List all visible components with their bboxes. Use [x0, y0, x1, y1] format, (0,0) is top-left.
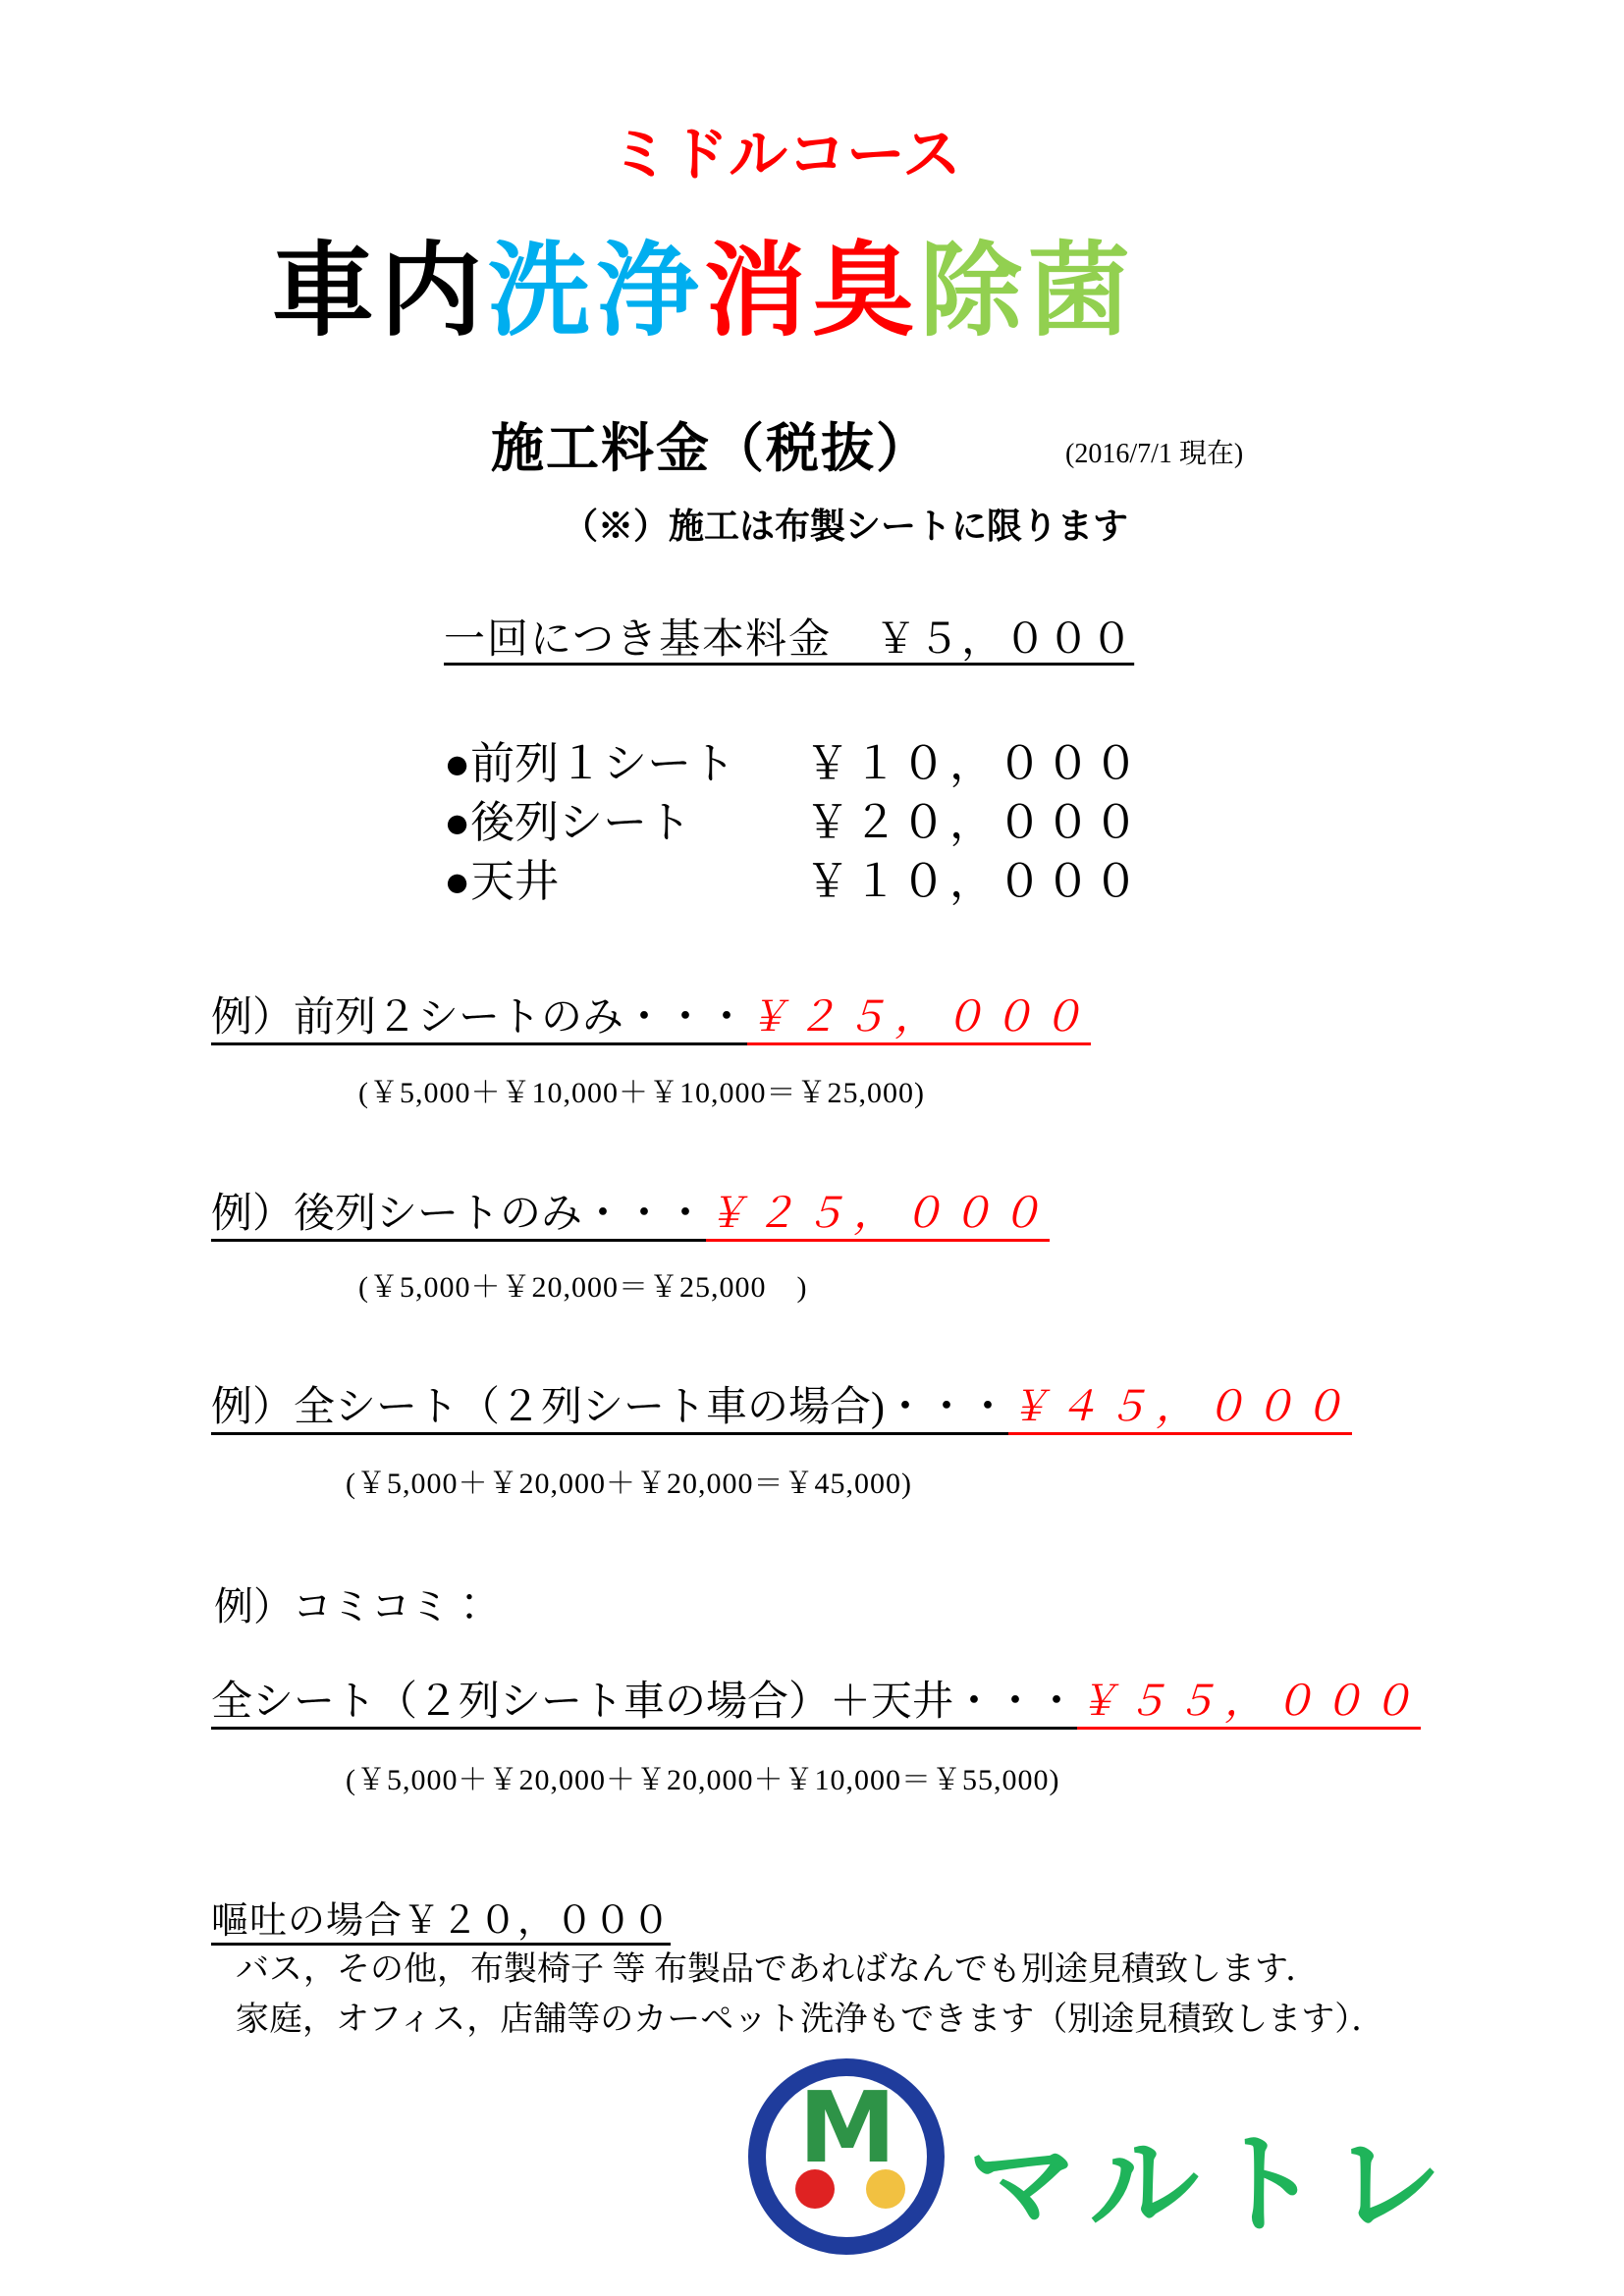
price-label: ●後列シート [444, 793, 805, 852]
example-line: 例）全シート（２列シート車の場合)・・・￥４５，０００ [211, 1374, 1352, 1433]
price-row: ●天井￥１０，０００ [444, 852, 1142, 911]
pricing-title: 施工料金（税抜） [491, 406, 931, 482]
example-formula: (￥5,000＋￥10,000＋￥10,000＝￥25,000) [358, 1068, 925, 1111]
example-label: 例）後列シートのみ・・・ [211, 1192, 706, 1237]
price-value: ￥１０，０００ [805, 739, 1142, 788]
price-value: ￥１０，０００ [805, 857, 1142, 906]
main-title: 車内洗浄消臭除菌 [272, 208, 1136, 355]
brand-name: マルトレ [967, 2097, 1454, 2255]
price-label: ●前列１シート [444, 734, 805, 793]
svg-text:M: M [798, 2070, 896, 2185]
note-line: 家庭，オフィス，店舗等のカーペット洗浄もできます（別途見積致します）． [236, 1992, 1384, 2040]
price-row: ●前列１シート￥１０，０００ [444, 734, 1142, 793]
example-line: 例）前列２シートのみ・・・￥２５，０００ [211, 985, 1091, 1043]
example-formula: (￥5,000＋￥20,000＝￥25,000 ) [358, 1262, 807, 1306]
date-note: (2016/7/1 現在) [1065, 432, 1243, 471]
example-label: 例）全シート（２列シート車の場合)・・・ [211, 1385, 1008, 1430]
logo-m-icon: M [742, 2057, 950, 2266]
combo-example-text: 全シート（２列シート車の場合）＋天井・・・ [211, 1680, 1077, 1725]
base-price-line: 一回につき基本料金 ￥５，０００ [444, 607, 1134, 666]
combo-example-price: ￥５５，０００ [1077, 1680, 1421, 1725]
price-label: ●天井 [444, 852, 805, 911]
example-line: 例）後列シートのみ・・・￥２５，０００ [211, 1181, 1050, 1240]
price-value: ￥２０，０００ [805, 798, 1142, 847]
main-title-washing: 洗浄 [488, 231, 704, 350]
main-title-deodorize: 消臭 [704, 231, 920, 350]
example-label: 例）前列２シートのみ・・・ [211, 995, 747, 1041]
example-price: ￥２５，０００ [747, 995, 1091, 1041]
combo-example-line: 全シート（２列シート車の場合）＋天井・・・￥５５，０００ [211, 1669, 1421, 1728]
combo-example-label: 例）コミコミ： [214, 1575, 489, 1631]
restriction-note: （※）施工は布製シートに限ります [563, 499, 1128, 549]
price-list: ●前列１シート￥１０，０００ ●後列シート￥２０，０００ ●天井￥１０，０００ [444, 734, 1142, 911]
note-line: バス，その他，布製椅子 等 布製品であればなんでも別途見積致します． [236, 1942, 1319, 1990]
example-formula: (￥5,000＋￥20,000＋￥20,000＝￥45,000) [346, 1459, 912, 1502]
example-price: ￥４５，０００ [1008, 1385, 1352, 1430]
example-price: ￥２５，０００ [706, 1192, 1050, 1237]
combo-example-formula: (￥5,000＋￥20,000＋￥20,000＋￥10,000＝￥55,000) [346, 1755, 1059, 1798]
price-row: ●後列シート￥２０，０００ [444, 793, 1142, 852]
flyer-page: ミドルコース 車内洗浄消臭除菌 施工料金（税抜） (2016/7/1 現在) （… [0, 0, 1624, 2296]
main-title-sterilize: 除菌 [920, 231, 1136, 350]
course-label: ミドルコース [611, 108, 961, 192]
vomit-price-line: 嘔吐の場合￥２０，０００ [211, 1890, 671, 1944]
main-title-interior: 車内 [272, 231, 488, 350]
